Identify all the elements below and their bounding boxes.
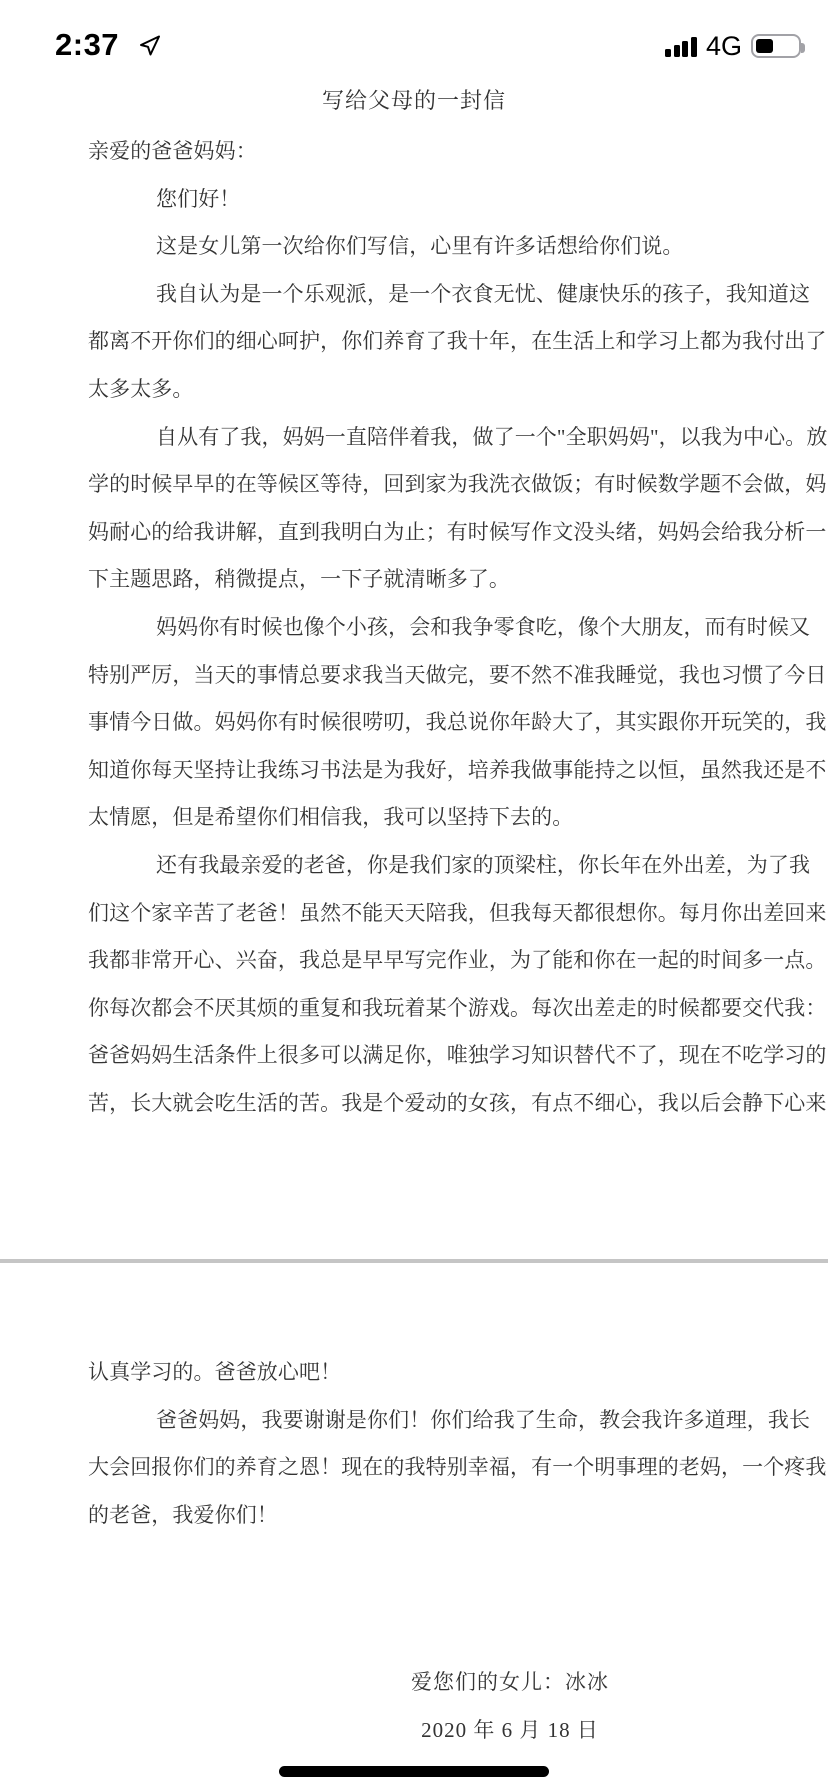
- letter-line: 还有我最亲爱的老爸，你是我们家的顶梁柱，你长年在外出差，为了我: [88, 842, 743, 890]
- letter-line: 认真学习的。爸爸放心吧！: [88, 1349, 743, 1397]
- letter-page-2: 认真学习的。爸爸放心吧！爸爸妈妈，我要谢谢是你们！你们给我了生命，教会我许多道理…: [88, 1349, 743, 1539]
- letter-line: 知道你每天坚持让我练习书法是为我好，培养我做事能持之以恒，虽然我还是不: [88, 747, 743, 795]
- letter-line: 太多太多。: [88, 366, 743, 414]
- home-indicator[interactable]: [279, 1766, 549, 1777]
- letter-line: 爸爸妈妈生活条件上很多可以满足你，唯独学习知识替代不了，现在不吃学习的: [88, 1032, 743, 1080]
- letter-line: 我都非常开心、兴奋，我总是早早写完作业，为了能和你在一起的时间多一点。: [88, 937, 743, 985]
- letter-signature: 爱您们的女儿：冰冰: [190, 1666, 828, 1696]
- letter-date: 2020 年 6 月 18 日: [190, 1714, 828, 1744]
- status-time: 2:37: [55, 27, 119, 63]
- letter-line: 苦，长大就会吃生活的苦。我是个爱动的女孩，有点不细心，我以后会静下心来: [88, 1080, 743, 1128]
- letter-line: 妈妈你有时候也像个小孩，会和我争零食吃，像个大朋友，而有时候又: [88, 604, 743, 652]
- letter-line: 学的时候早早的在等候区等待，回到家为我洗衣做饭；有时候数学题不会做，妈: [88, 461, 743, 509]
- letter-line: 们这个家辛苦了老爸！虽然不能天天陪我，但我每天都很想你。每月你出差回来，: [88, 890, 743, 938]
- network-type-label: 4G: [706, 32, 742, 60]
- letter-line: 的老爸，我爱你们！: [88, 1492, 743, 1540]
- letter-title: 写给父母的一封信: [0, 84, 828, 115]
- letter-line: 妈耐心的给我讲解，直到我明白为止；有时候写作文没头绪，妈妈会给我分析一: [88, 509, 743, 557]
- letter-line: 下主题思路，稍微提点，一下子就清晰多了。: [88, 556, 743, 604]
- letter-line: 你每次都会不厌其烦的重复和我玩着某个游戏。每次出差走的时候都要交代我：: [88, 985, 743, 1033]
- letter-line: 太情愿，但是希望你们相信我，我可以坚持下去的。: [88, 794, 743, 842]
- letter-line: 爸爸妈妈，我要谢谢是你们！你们给我了生命，教会我许多道理，我长: [88, 1397, 743, 1445]
- battery-nub: [801, 43, 805, 53]
- phone-screen: 2:37 4G 写给父母的一封信 亲爱的爸爸妈妈：您们好！这是女儿第一次给你们写…: [0, 0, 828, 1792]
- letter-line: 这是女儿第一次给你们写信，心里有许多话想给你们说。: [88, 223, 743, 271]
- status-bar: 2:37 4G: [0, 0, 828, 90]
- letter-line: 亲爱的爸爸妈妈：: [88, 128, 743, 176]
- status-right-cluster: 4G: [665, 32, 801, 60]
- letter-line: 都离不开你们的细心呵护，你们养育了我十年，在生活上和学习上都为我付出了: [88, 318, 743, 366]
- battery-fill: [756, 39, 773, 53]
- letter-line: 大会回报你们的养育之恩！现在的我特别幸福，有一个明事理的老妈，一个疼我: [88, 1444, 743, 1492]
- location-arrow-icon: [138, 33, 162, 57]
- battery-icon: [751, 34, 801, 58]
- letter-line: 我自认为是一个乐观派，是一个衣食无忧、健康快乐的孩子，我知道这: [88, 271, 743, 319]
- letter-page-1: 亲爱的爸爸妈妈：您们好！这是女儿第一次给你们写信，心里有许多话想给你们说。我自认…: [88, 128, 743, 1127]
- cellular-signal-icon: [665, 35, 697, 57]
- letter-line: 自从有了我，妈妈一直陪伴着我，做了一个"全职妈妈"，以我为中心。放: [88, 414, 743, 462]
- letter-line: 您们好！: [88, 176, 743, 224]
- letter-line: 特别严厉，当天的事情总要求我当天做完，要不然不准我睡觉，我也习惯了今日: [88, 652, 743, 700]
- letter-line: 事情今日做。妈妈你有时候很唠叨，我总说你年龄大了，其实跟你开玩笑的，我: [88, 699, 743, 747]
- page-break-divider: [0, 1259, 828, 1263]
